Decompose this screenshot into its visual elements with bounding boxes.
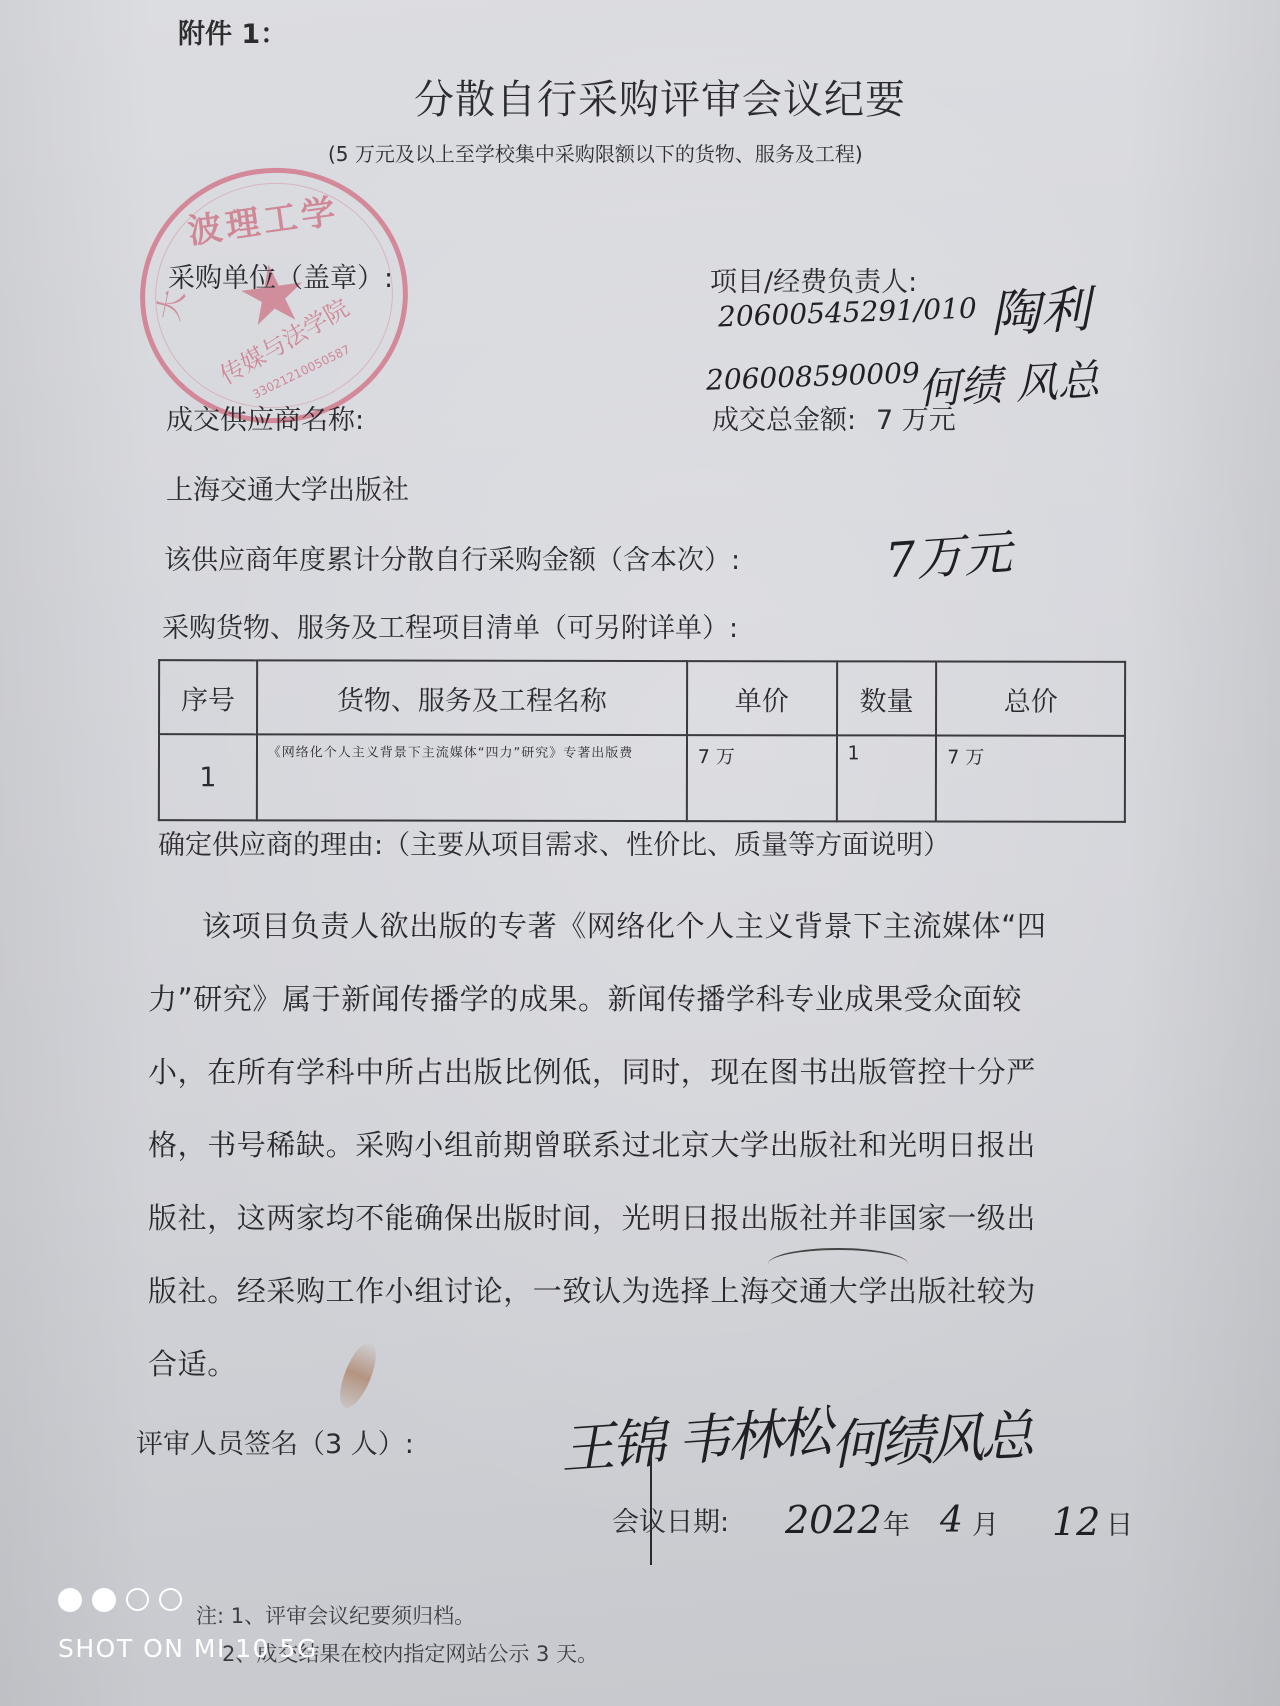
- reason-line: 版社，这两家均不能确保出版时间，光明日报出版社并非国家一级出: [148, 1182, 1138, 1255]
- document-subtitle: (5 万元及以上至学校集中采购限额以下的货物、服务及工程): [328, 138, 863, 167]
- column-header-seq: 序号: [159, 660, 257, 734]
- supplier-name: 上海交通大学出版社: [166, 468, 409, 507]
- column-header-quantity: 数量: [837, 661, 937, 735]
- total-amount-value: 7 万元: [876, 398, 956, 437]
- column-header-unit-price: 单价: [687, 661, 837, 735]
- camera-watermark-text: SHOT ON MI 10 5G: [58, 1634, 318, 1663]
- reason-line: 小，在所有学科中所占出版比例低，同时，现在图书出版管控十分严: [148, 1036, 1138, 1109]
- manager-code-2: 206008590009: [705, 356, 920, 396]
- reason-line: 该项目负责人欲出版的专著《网络化个人主义背景下主流媒体“四: [148, 890, 1138, 963]
- watermark-dot-filled-icon: [58, 1588, 82, 1612]
- reason-line: 合适。: [148, 1328, 1138, 1401]
- cell-total: 7 万: [936, 736, 1125, 822]
- column-header-total: 总价: [936, 662, 1125, 736]
- handwritten-curve-mark: [768, 1248, 908, 1280]
- note-1: 注: 1、评审会议纪要须归档。: [196, 1596, 475, 1636]
- cell-unit-price: 7 万: [687, 735, 837, 821]
- manager-signature-1: 陶利: [988, 269, 1092, 346]
- table-header-row: 序号 货物、服务及工程名称 单价 数量 总价: [159, 660, 1125, 736]
- reviewer-signature-1: 王锦 韦林松: [558, 1389, 832, 1485]
- supplier-label: 成交供应商名称:: [166, 398, 364, 437]
- reviewers-signature-label: 评审人员签名（3 人）:: [136, 1422, 414, 1461]
- reviewer-signature-2: 何绩风总: [828, 1393, 1032, 1480]
- cell-seq: 1: [159, 734, 257, 820]
- meeting-date-day: 12: [1052, 1500, 1100, 1544]
- reason-label: 确定供应商的理由:（主要从项目需求、性价比、质量等方面说明）: [158, 823, 950, 862]
- watermark-dot-outline-icon: [159, 1588, 182, 1611]
- reason-line: 力”研究》属于新闻传播学的成果。新闻传播学科专业成果受众面较: [148, 963, 1138, 1036]
- project-manager-label: 项目/经费负责人:: [710, 260, 917, 299]
- meeting-date-label: 会议日期:: [612, 1500, 729, 1539]
- annual-cumulative-label: 该供应商年度累计分散自行采购金额（含本次）:: [164, 538, 740, 577]
- table-row: 1 《网络化个人主义背景下主流媒体“四力”研究》专著出版费 7 万 1 7 万: [159, 734, 1125, 822]
- attachment-label: 附件 1：: [178, 12, 287, 51]
- reason-line: 格，书号稀缺。采购小组前期曾联系过北京大学出版社和光明日报出: [148, 1109, 1138, 1182]
- cell-quantity: 1: [836, 735, 936, 821]
- total-amount-label: 成交总金额:: [712, 398, 856, 437]
- watermark-dot-filled-icon: [92, 1588, 116, 1612]
- official-seal: 波理工学 大 ★ 传媒与法学院 3302121005058​7: [124, 151, 425, 441]
- column-header-name: 货物、服务及工程名称: [257, 660, 687, 735]
- reason-line: 版社。经采购工作小组讨论，一致认为选择上海交通大学出版社较为: [148, 1255, 1138, 1328]
- meeting-date-month: 4: [940, 1500, 963, 1541]
- cell-name: 《网络化个人主义背景下主流媒体“四力”研究》专著出版费: [257, 734, 687, 821]
- reason-body: 该项目负责人欲出版的专著《网络化个人主义背景下主流媒体“四 力”研究》属于新闻传…: [148, 890, 1138, 1401]
- document-title: 分散自行采购评审会议纪要: [0, 68, 1280, 125]
- watermark-dot-outline-icon: [126, 1588, 149, 1611]
- camera-watermark-dots: [58, 1588, 182, 1612]
- purchasing-unit-label: 采购单位（盖章）:: [168, 256, 393, 295]
- items-list-label: 采购货物、服务及工程项目清单（可另附详单）:: [162, 606, 738, 645]
- meeting-date-year-char: 年: [883, 1503, 910, 1542]
- items-table: 序号 货物、服务及工程名称 单价 数量 总价 1 《网络化个人主义背景下主流媒体…: [158, 659, 1126, 823]
- meeting-date-day-char: 日: [1106, 1503, 1133, 1542]
- meeting-date-year: 2022: [785, 1498, 882, 1542]
- annual-cumulative-value: 7万元: [883, 514, 1014, 592]
- meeting-date-month-char: 月: [972, 1503, 999, 1542]
